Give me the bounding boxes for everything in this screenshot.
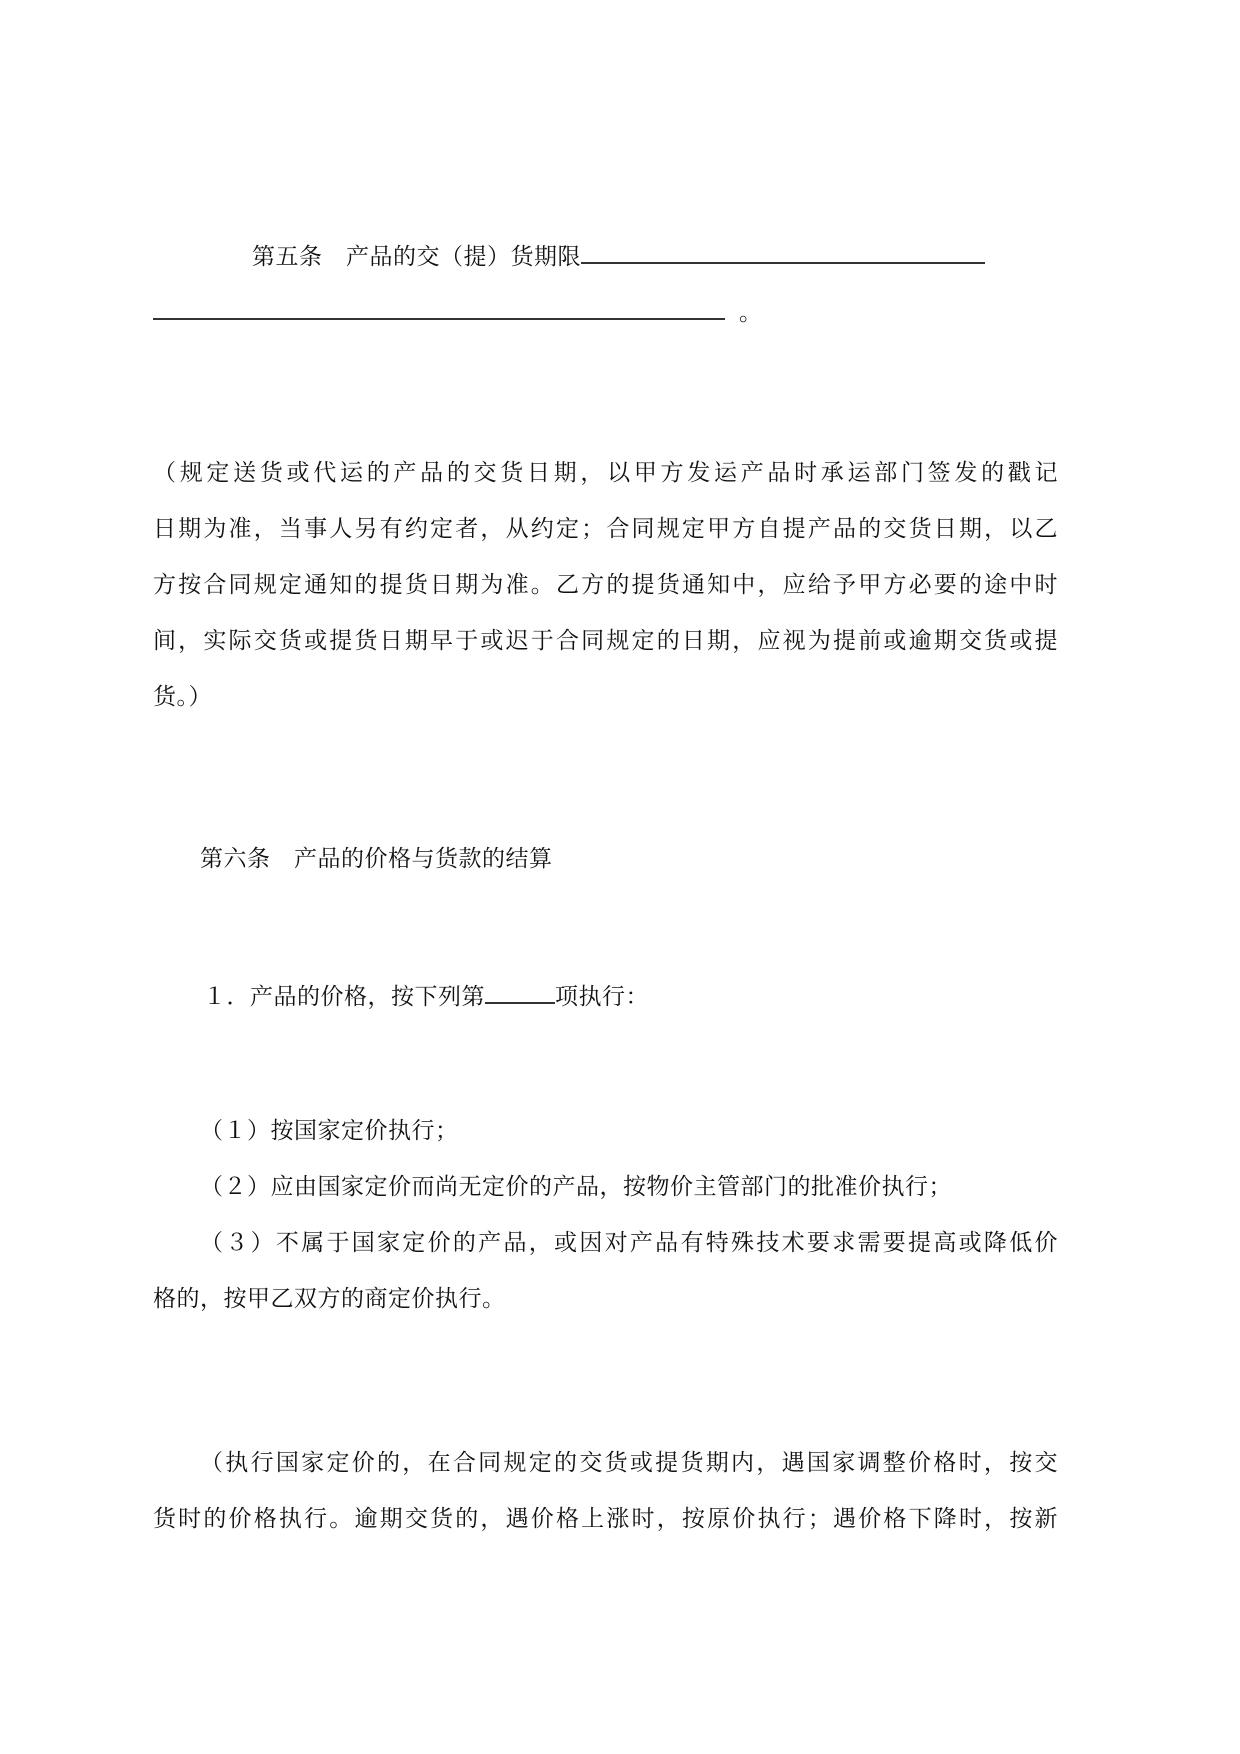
article5-heading: 第五条 产品的交（提）货期限 — [252, 244, 581, 270]
article5-note-line-5: 货。） — [153, 682, 1058, 712]
article6-note-line-2: 货时的价格执行。逾期交货的，遇价格上涨时，按原价执行；遇价格下降时，按新 — [153, 1504, 1058, 1534]
article5-note-line-3: 方按合同规定通知的提货日期为准。乙方的提货通知中，应给予甲方必要的途中时 — [153, 570, 1058, 600]
article5-note-line-4: 间，实际交货或提货日期早于或迟于合同规定的日期，应视为提前或逾期交货或提 — [153, 626, 1058, 656]
document-page: 第五条 产品的交（提）货期限 。 （规定送货或代运的产品的交货日期，以甲方发运产… — [0, 0, 1240, 1754]
price-option-3: （３）不属于国家定价的产品，或因对产品有特殊技术要求需要提高或降低价 — [200, 1228, 1058, 1258]
delivery-term-blank-continued[interactable] — [153, 296, 725, 320]
article5-heading-line: 第五条 产品的交（提）货期限 — [252, 240, 1062, 272]
price-option-3-continued: 格的，按甲乙双方的商定价执行。 — [153, 1284, 1058, 1314]
article5-note-line-1: （规定送货或代运的产品的交货日期，以甲方发运产品时承运部门签发的戳记 — [153, 458, 1058, 488]
article5-line2-period: 。 — [739, 300, 763, 326]
price-option-2: （２）应由国家定价而尚无定价的产品，按物价主管部门的批准价执行； — [200, 1172, 1105, 1202]
article5-note-line-2: 日期为准，当事人另有约定者，从约定；合同规定甲方自提产品的交货日期，以乙 — [153, 514, 1058, 544]
price-item-1: １．产品的价格，按下列第项执行： — [203, 980, 1108, 1012]
delivery-term-blank[interactable] — [581, 240, 985, 264]
price-option-1: （１）按国家定价执行； — [200, 1116, 1105, 1146]
article6-note-line-1: （执行国家定价的，在合同规定的交货或提货期内，遇国家调整价格时，按交 — [200, 1448, 1058, 1478]
price-item-1-prefix: １．产品的价格，按下列第 — [203, 984, 485, 1010]
article5-line2: 。 — [153, 296, 1058, 328]
price-option-blank[interactable] — [485, 980, 555, 1004]
article6-heading: 第六条 产品的价格与货款的结算 — [200, 844, 1105, 874]
price-item-1-suffix: 项执行： — [555, 984, 649, 1010]
